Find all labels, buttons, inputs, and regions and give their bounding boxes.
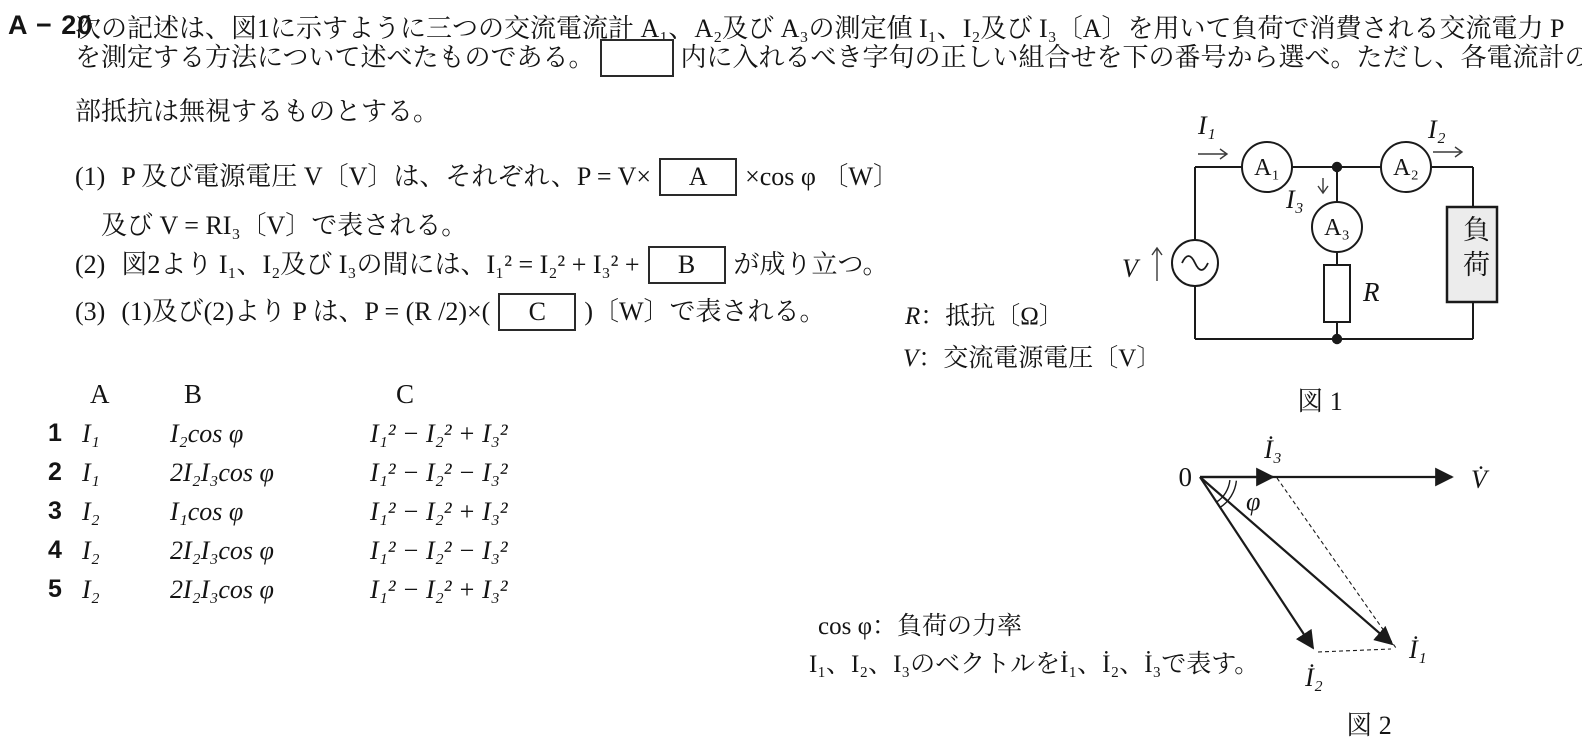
column-header-B: B: [170, 379, 370, 410]
current-i2-label: I₂: [1427, 115, 1446, 144]
problem-statement-line2: を測定する方法について述べたものである。内に入れるべき字句の正しい組合せを下の番…: [75, 38, 1582, 78]
ammeter-a3-label: A₃: [1324, 215, 1350, 241]
junction-dot-top: [1332, 162, 1342, 172]
load-label: 負荷: [1455, 215, 1494, 285]
choice-3-C: I₁² − I₂² + I₃²: [370, 497, 548, 527]
question-1: (1)P 及び電源電圧 V〔V〕は、それぞれ、P = V×A×cos φ 〔W〕: [75, 157, 899, 197]
vector-notation-note: I₁、I₂、I₃のベクトルをİ₁、İ₂、İ₃で表す。: [809, 644, 1259, 680]
question-1-number: (1): [75, 157, 105, 197]
blank-box-C: C: [498, 293, 576, 331]
power-factor-note: cos φ：負荷の力率: [818, 606, 1022, 642]
answer-choices-table: A B C 1 I₁ I₂cos φ I₁² − I₂² + I₃² 2 I₁ …: [48, 374, 548, 609]
statement-line2-before: を測定する方法について述べたものである。: [75, 38, 594, 78]
voltage-arrow-v: [1152, 248, 1162, 281]
choice-row-number: 1: [48, 419, 82, 448]
dashed-line-i2-to-i1: [1318, 649, 1391, 652]
choice-2-B: 2I₂I₃cos φ: [170, 458, 370, 488]
legend-r-text: ：抵抗〔Ω〕: [920, 303, 1064, 330]
figure2-caption: 図 2: [1346, 711, 1392, 740]
column-header-A: A: [82, 379, 170, 410]
question-2-text-before: 図2より I₁、I₂及び I₃の間には、I₁² = I₂² + I₃² +: [121, 245, 639, 285]
question-2-text-after: が成り立つ。: [734, 245, 889, 285]
legend-r-symbol: R: [905, 303, 920, 330]
choice-4-B: 2I₂I₃cos φ: [170, 536, 370, 566]
choice-5-A: I₂: [82, 575, 170, 605]
question-1-text-after: ×cos φ 〔W〕: [745, 157, 899, 197]
current-arrow-i2: [1433, 147, 1462, 157]
question-2-number: (2): [75, 245, 105, 285]
figure1-caption: 図 1: [1297, 387, 1343, 416]
blank-box-B: B: [648, 246, 726, 284]
blank-box-A: A: [659, 158, 737, 196]
choice-4-A: I₂: [82, 536, 170, 566]
choice-row-number: 2: [48, 458, 82, 487]
current-arrow-i1: [1198, 149, 1227, 159]
origin-label: 0: [1179, 462, 1193, 492]
blank-answer-box: [600, 39, 674, 77]
column-header-C: C: [370, 379, 548, 410]
choice-5-B: 2I₂I₃cos φ: [170, 575, 370, 605]
statement-line2-after: 内に入れるべき字句の正しい組合せを下の番号から選べ。ただし、各電流計の内: [680, 38, 1582, 78]
current-arrow-i3: [1318, 178, 1328, 193]
choice-2-A: I₁: [82, 458, 170, 488]
legend-v-symbol: V: [903, 345, 918, 372]
current-i3-label: I₃: [1285, 185, 1304, 214]
phasor-vectors: [1200, 477, 1452, 648]
source-v-label: V: [1122, 254, 1141, 283]
choice-row-number: 4: [48, 536, 82, 565]
question-3-text-before: (1)及び(2)より P は、P = (R /2)×(: [121, 292, 490, 332]
question-3: (3)(1)及び(2)より P は、P = (R /2)×(C)〔W〕で表される…: [75, 292, 826, 332]
vector-i2-label: İ₂: [1304, 663, 1323, 692]
vector-i1: [1200, 477, 1392, 644]
question-1-text-before: P 及び電源電圧 V〔V〕は、それぞれ、P = V×: [121, 157, 651, 197]
question-1-line2: 及び V = RI₃〔V〕で表される。: [101, 206, 467, 246]
question-3-number: (3): [75, 292, 105, 332]
choice-4-C: I₁² − I₂² − I₃²: [370, 536, 548, 566]
angle-arc-outer: [1220, 481, 1237, 508]
choice-1-A: I₁: [82, 419, 170, 449]
choice-3-A: I₂: [82, 497, 170, 527]
problem-statement-line3: 部抵抗は無視するものとする。: [75, 92, 439, 132]
question-3-text-after: )〔W〕で表される。: [584, 292, 825, 332]
choice-2-C: I₁² − I₂² − I₃²: [370, 458, 548, 488]
question-2: (2)図2より I₁、I₂及び I₃の間には、I₁² = I₂² + I₃² +…: [75, 245, 889, 285]
exam-page: A − 20 次の記述は、図1に示すように三つの交流電流計 A₁、A₂及び A₃…: [0, 0, 1582, 742]
phi-angle-label: φ: [1246, 487, 1260, 516]
angle-arc-inner: [1216, 480, 1230, 502]
choice-row-number: 3: [48, 497, 82, 526]
vector-i3-label: İ₃: [1263, 435, 1282, 464]
junction-dot-bottom: [1332, 334, 1342, 344]
ammeter-a2-label: A₂: [1393, 155, 1419, 181]
parallelogram-construction-lines: [1277, 478, 1396, 652]
vector-i1-label: İ₁: [1408, 635, 1427, 664]
legend-resistor: R：抵抗〔Ω〕: [905, 296, 1064, 332]
ammeter-a1-label: A₁: [1254, 155, 1280, 181]
choice-3-B: I₁cos φ: [170, 497, 370, 527]
circuit-diagram-figure1: A₁ A₂ A₃ I₁ I₂ I₃ V R 図 1: [1100, 100, 1582, 420]
vector-diagram-figure2: 0 İ₃ V̇ İ₁ İ₂ φ 図 2: [1130, 420, 1582, 742]
resistor-symbol: [1324, 265, 1350, 322]
choice-5-C: I₁² − I₂² + I₃²: [370, 575, 548, 605]
current-i1-label: I₁: [1197, 111, 1216, 140]
choice-row-number: 5: [48, 575, 82, 604]
choice-1-B: I₂cos φ: [170, 419, 370, 449]
resistor-r-label: R: [1362, 277, 1380, 307]
vector-v-label: V̇: [1471, 465, 1490, 494]
choice-1-C: I₁² − I₂² + I₃²: [370, 419, 548, 449]
